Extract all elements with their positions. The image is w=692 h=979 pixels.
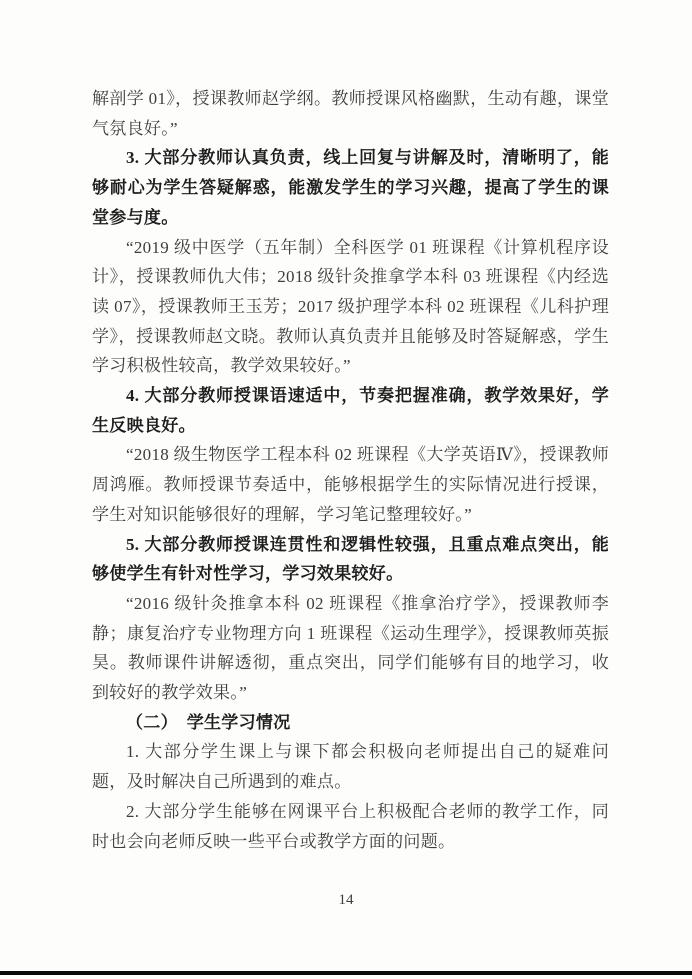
- paragraph-quote-continuation: 解剖学 01》，授课教师赵学纲。教师授课风格幽默，生动有趣，课堂气氛良好。”: [92, 84, 609, 143]
- paragraph-quote-example-4: “2018 级生物医学工程本科 02 班课程《大学英语Ⅳ》，授课教师周鸿雁。教师…: [92, 440, 609, 529]
- page-number: 14: [0, 892, 692, 909]
- page-body-text: 解剖学 01》，授课教师赵学纲。教师授课风格幽默，生动有趣，课堂气氛良好。” 3…: [92, 84, 609, 856]
- paragraph-teacher-point-3: 3. 大部分教师认真负责，线上回复与讲解及时，清晰明了，能够耐心为学生答疑解惑，…: [92, 143, 609, 232]
- paragraph-student-point-1: 1. 大部分学生课上与课下都会积极向老师提出自己的疑难问题，及时解决自己所遇到的…: [92, 737, 609, 796]
- paragraph-teacher-point-4: 4. 大部分教师授课语速适中，节奏把握准确，教学效果好，学生反映良好。: [92, 381, 609, 440]
- paragraph-quote-example-5: “2016 级针灸推拿本科 02 班课程《推拿治疗学》，授课教师李静；康复治疗专…: [92, 589, 609, 708]
- paragraph-student-point-2: 2. 大部分学生能够在网课平台上积极配合老师的教学工作，同时也会向老师反映一些平…: [92, 797, 609, 856]
- paragraph-teacher-point-5: 5. 大部分教师授课连贯性和逻辑性较强，且重点难点突出，能够使学生有针对性学习，…: [92, 530, 609, 589]
- scan-artifact-line: [0, 971, 692, 975]
- section-heading-student-learning: （二） 学生学习情况: [92, 708, 609, 738]
- paragraph-quote-example-3: “2019 级中医学（五年制）全科医学 01 班课程《计算机程序设计》，授课教师…: [92, 233, 609, 382]
